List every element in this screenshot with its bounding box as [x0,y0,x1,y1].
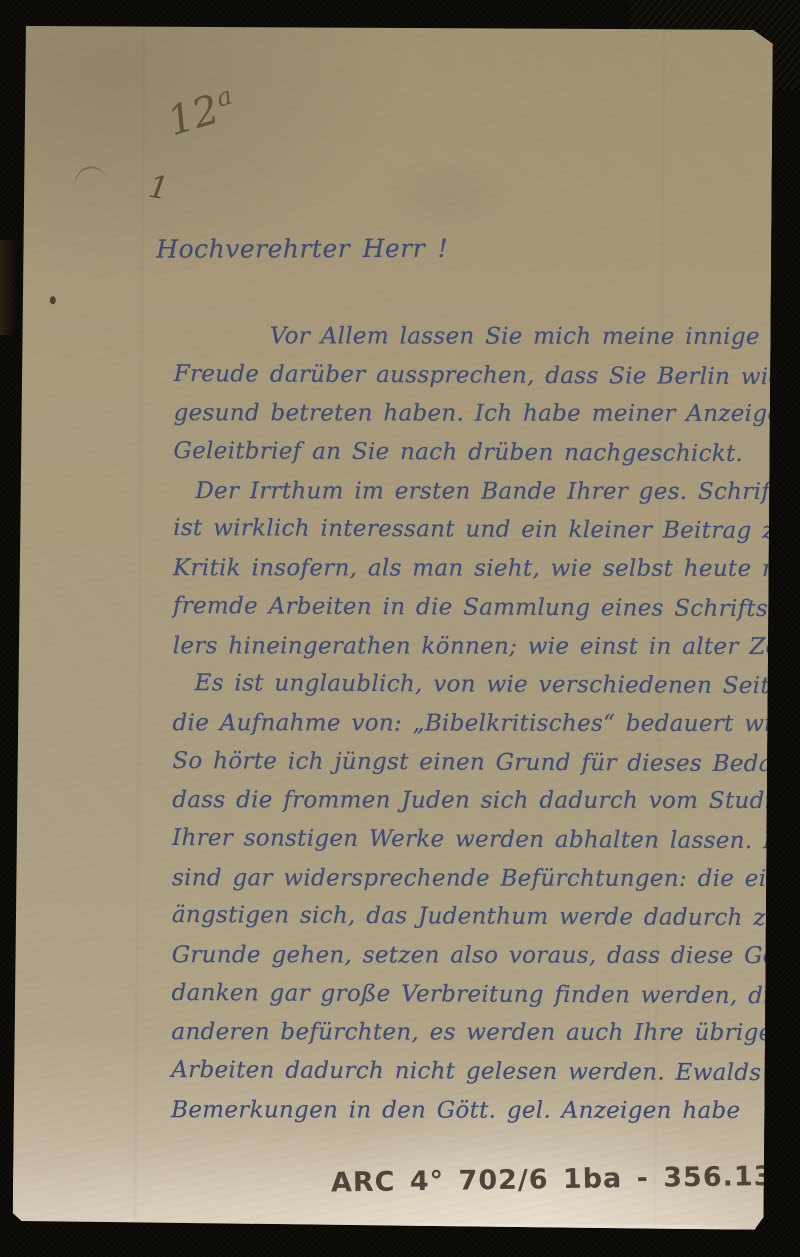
handwritten-line: ängstigen sich, das Judenthum werde dadu… [172,896,772,938]
handwritten-line: Ihrer sonstigen Werke werden abhalten la… [172,819,772,861]
backing-smudge [0,240,16,335]
handwritten-line: Geleitbrief an Sie nach drüben nachgesch… [173,432,773,474]
handwritten-line: lers hineingerathen können; wie einst in… [173,627,773,667]
scanned-letter-page: { "page": { "annotations": { "page_numbe… [0,0,800,1257]
pencil-stroke [71,163,109,190]
handwritten-line: Kritik insofern, als man sieht, wie selb… [173,549,773,589]
letter-salutation: Hochverehrter Herr ! [156,234,448,264]
letter-body: Vor Allem lassen Sie mich meine innige F… [171,317,774,1132]
handwritten-line: anderen befürchten, es werden auch Ihre … [171,1014,771,1054]
paper-hole-speck [50,296,56,304]
pencil-sheet-number: 1 [147,172,171,206]
handwritten-line: ist wirklich interessant und ein kleiner… [173,509,773,551]
pencil-page-number: 12a [163,83,240,143]
handwritten-line: Arbeiten dadurch nicht gelesen werden. E… [171,1051,771,1093]
handwritten-line: So hörte ich jüngst einen Grund für dies… [172,742,772,784]
handwritten-line: dass die frommen Juden sich dadurch vom … [172,781,772,821]
handwritten-line: Bemerkungen in den Gött. gel. Anzeigen h… [171,1091,771,1131]
handwritten-line: Der Irrthum im ersten Bande Ihrer ges. S… [173,472,773,512]
handwritten-line: Grunde gehen, setzen also voraus, dass d… [172,936,772,976]
handwritten-line: danken gar große Verbreitung finden werd… [171,974,771,1016]
handwritten-line: Freude darüber aussprechen, dass Sie Ber… [174,355,774,397]
handwritten-line: gesund betreten haben. Ich habe meiner A… [174,395,774,435]
handwritten-line: die Aufnahme von: „Bibelkritisches“ beda… [172,704,772,744]
handwritten-line: Es ist unglaublich, von wie verschiedene… [173,664,773,706]
archive-shelfmark: ARC 4° 702/6 1ba - 356.13 [331,1161,774,1199]
handwritten-line: fremde Arbeiten in die Sammlung eines Sc… [173,587,773,629]
handwritten-line: sind gar widersprechende Befürchtungen: … [172,859,772,899]
handwritten-line: Vor Allem lassen Sie mich meine innige [174,317,774,357]
letter-paper: 12a 1 Hochverehrter Herr ! Vor Allem las… [13,24,773,1230]
